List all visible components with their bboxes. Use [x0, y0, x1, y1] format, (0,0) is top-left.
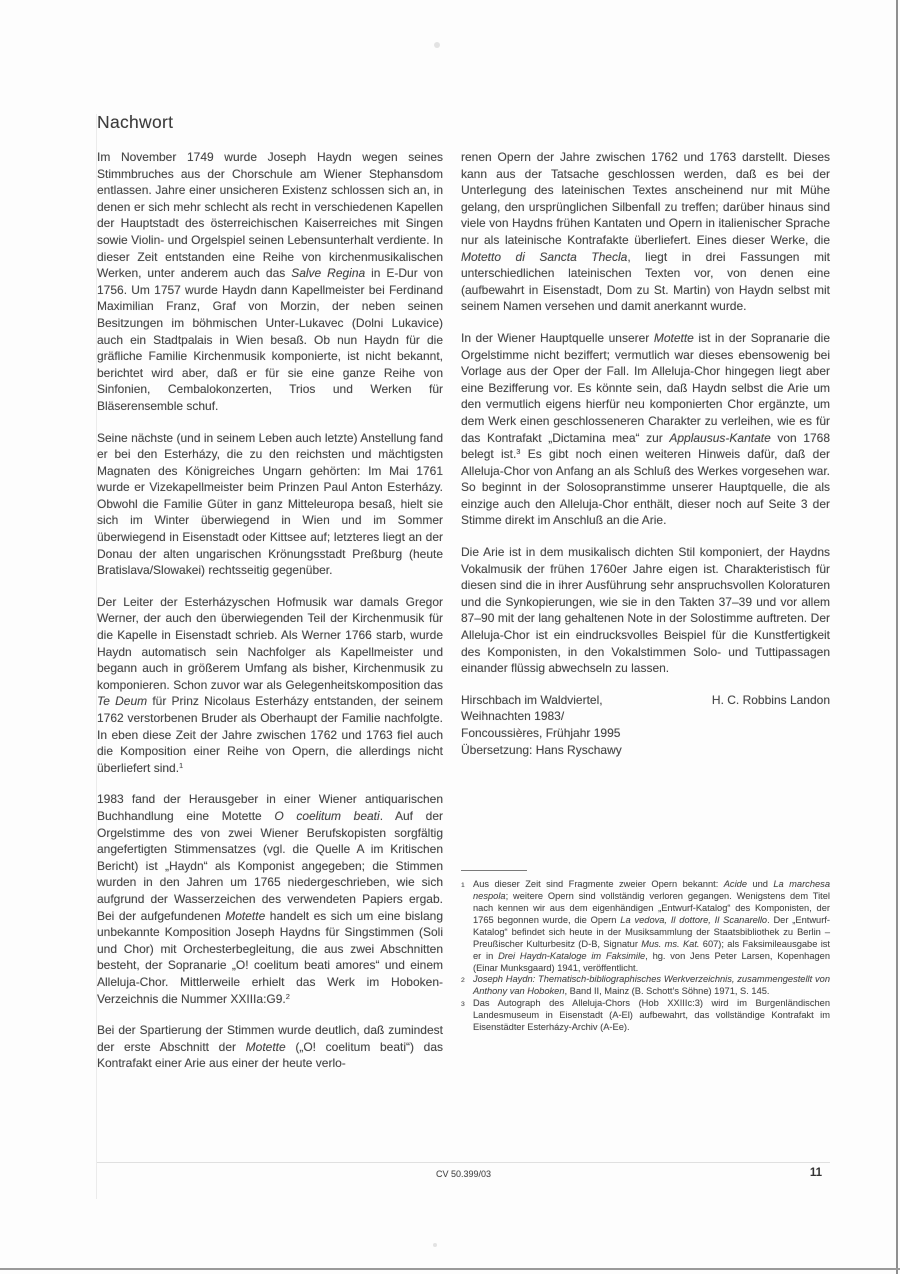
footnote-text: Aus dieser Zeit sind Fragmente zweier Op…: [473, 879, 830, 974]
footnote-separator-rule: [461, 870, 527, 871]
footnote-2: 2 Joseph Haydn: Thematisch-bibliographis…: [461, 974, 830, 998]
scan-speck-bottom: [433, 1243, 437, 1247]
signature-line: Weihnachten 1983/: [461, 708, 622, 725]
scan-edge-bottom: [0, 1268, 900, 1270]
signature-line: Übersetzung: Hans Ryschawy: [461, 742, 622, 759]
footnote-1: 1 Aus dieser Zeit sind Fragmente zweier …: [461, 879, 830, 974]
paragraph-spartierung: Bei der Spartierung der Stimmen wurde de…: [97, 1022, 443, 1072]
page-number: 11: [810, 1167, 822, 1179]
signature-block: Hirschbach im Waldviertel, Weihnachten 1…: [461, 692, 830, 758]
footnote-marker: 1: [461, 879, 473, 974]
paragraph-haydn-youth: Im November 1749 wurde Joseph Haydn wege…: [97, 149, 443, 415]
page-title: Nachwort: [97, 112, 830, 133]
signature-author: H. C. Robbins Landon: [712, 692, 830, 758]
page-footer: CV 50.399/03 11: [97, 1162, 830, 1179]
scan-edge-right: [896, 0, 898, 1274]
paragraph-arie-stil: Die Arie ist in dem musikalisch dichten …: [461, 544, 830, 677]
right-column: renen Opern der Jahre zwischen 1762 und …: [461, 149, 830, 1087]
paragraph-hauptquelle: In der Wiener Hauptquelle unserer Motett…: [461, 330, 830, 529]
footnote-marker: 2: [461, 974, 473, 998]
signature-place-dates: Hirschbach im Waldviertel, Weihnachten 1…: [461, 692, 622, 758]
footnote-text: Das Autograph des Alleluja-Chors (Hob XX…: [473, 998, 830, 1034]
two-column-layout: Im November 1749 wurde Joseph Haydn wege…: [97, 149, 830, 1087]
signature-line: Foncoussières, Frühjahr 1995: [461, 725, 622, 742]
footnote-marker: 3: [461, 998, 473, 1034]
paragraph-motette-discovery: 1983 fand der Herausgeber in einer Wiene…: [97, 791, 443, 1007]
signature-line: Hirschbach im Waldviertel,: [461, 692, 622, 709]
footnote-3: 3 Das Autograph des Alleluja-Chors (Hob …: [461, 998, 830, 1034]
paragraph-kontrafakt: renen Opern der Jahre zwischen 1762 und …: [461, 149, 830, 315]
scanned-document-page: Nachwort Im November 1749 wurde Joseph H…: [0, 0, 900, 1274]
footnotes-section: 1 Aus dieser Zeit sind Fragmente zweier …: [461, 870, 830, 1034]
afterword-content: Nachwort Im November 1749 wurde Joseph H…: [97, 112, 830, 1087]
paragraph-esterhazy-employment: Seine nächste (und in seinem Leben auch …: [97, 430, 443, 579]
footnote-text: Joseph Haydn: Thematisch-bibliographisch…: [473, 974, 830, 998]
catalog-number: CV 50.399/03: [97, 1163, 830, 1179]
left-column: Im November 1749 wurde Joseph Haydn wege…: [97, 149, 443, 1087]
paragraph-werner-succession: Der Leiter der Esterházyschen Hofmusik w…: [97, 594, 443, 777]
scan-speck-top: [434, 42, 440, 48]
